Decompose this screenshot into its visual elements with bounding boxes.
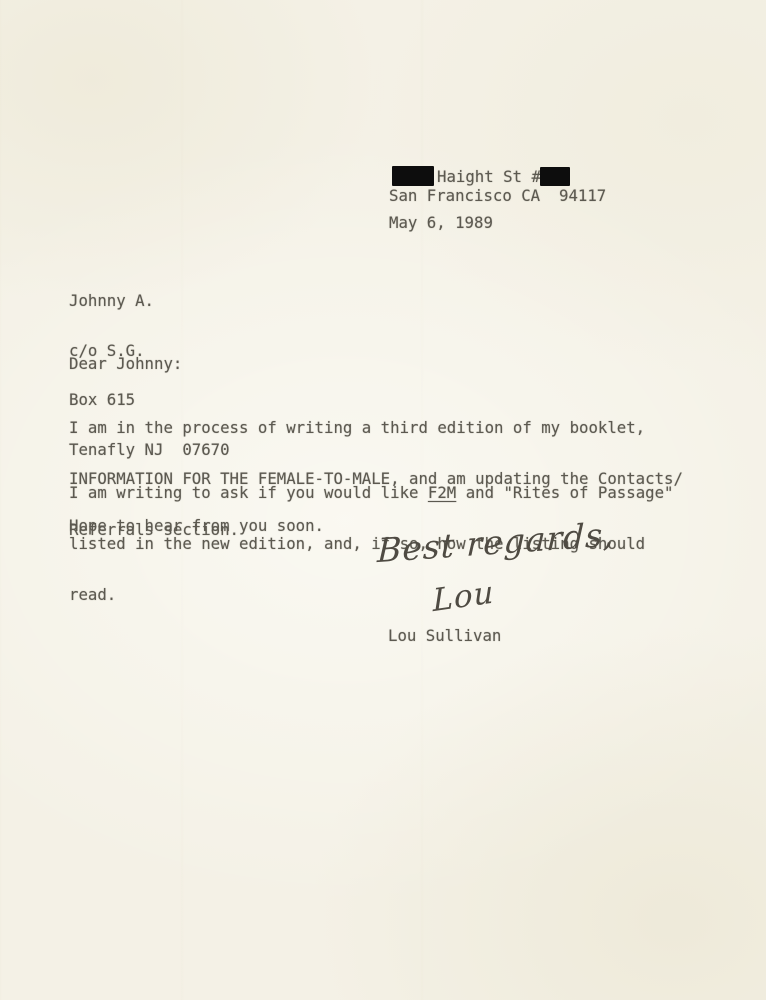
paragraph-2-line-1: I am writing to ask if you would like F2…: [69, 484, 673, 501]
unit-number-redaction-bar: [540, 167, 570, 186]
paragraph-2-line-3: read.: [69, 586, 673, 603]
paragraph-2-line-1-post: and "Rites of Passage": [456, 483, 673, 502]
body-paragraph-3: Hope to hear from you soon.: [69, 517, 324, 534]
letter-date: May 6, 1989: [389, 214, 493, 231]
sender-address-line1: Haight St #: [437, 168, 541, 185]
street-number-redaction-bar: [392, 166, 434, 186]
paragraph-2-line-1-pre: I am writing to ask if you would like: [69, 483, 428, 502]
underlined-publication-title: F2M: [428, 483, 456, 502]
recipient-name-line: Johnny A.: [69, 293, 230, 310]
salutation: Dear Johnny:: [69, 355, 182, 372]
paragraph-1-line-1: I am in the process of writing a third e…: [69, 419, 683, 436]
sender-address-line2: San Francisco CA 94117: [389, 187, 606, 204]
typed-signature-name: Lou Sullivan: [388, 627, 501, 644]
